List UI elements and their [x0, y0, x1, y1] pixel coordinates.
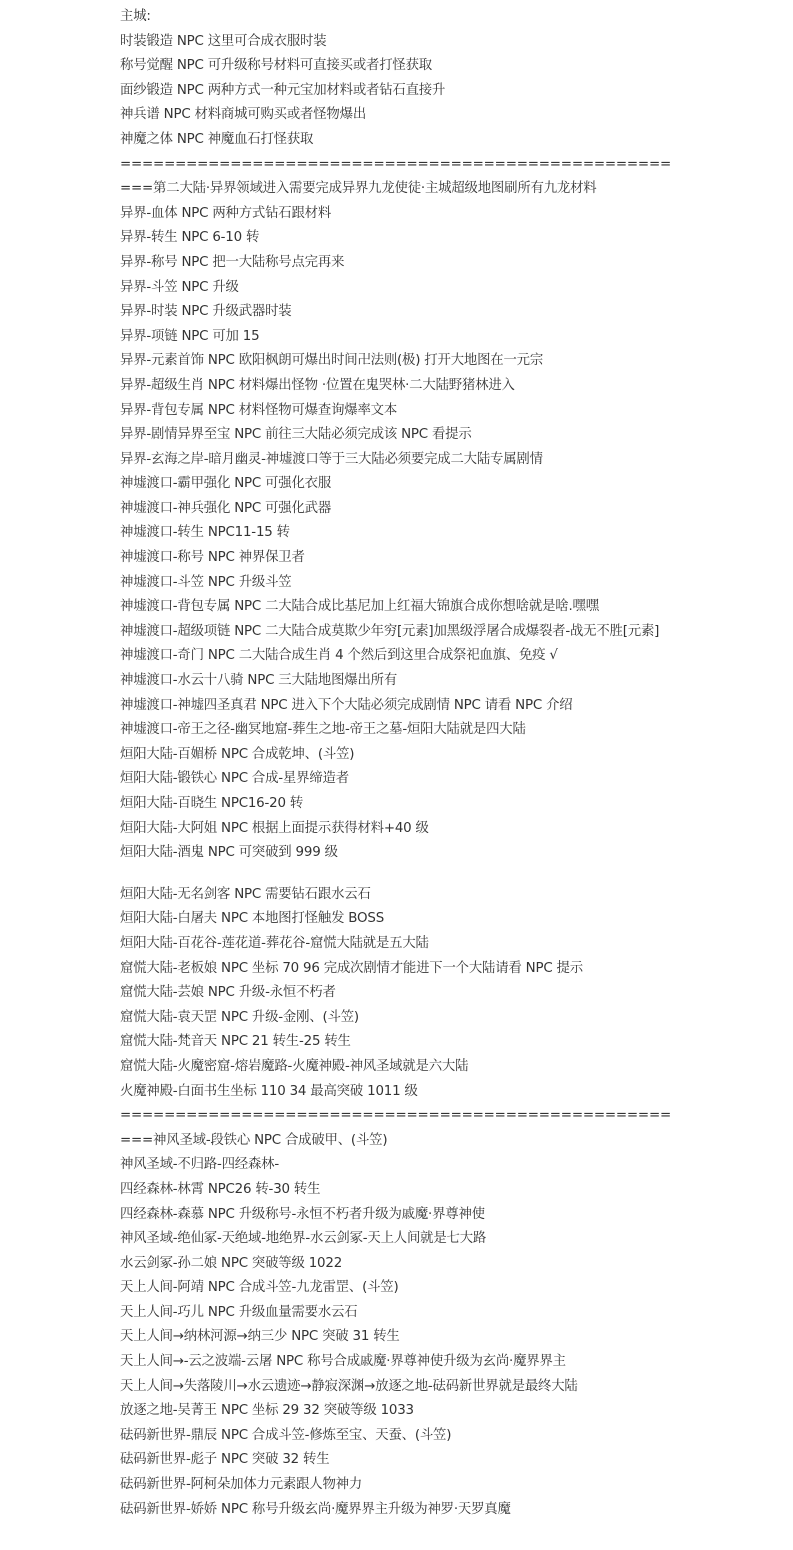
guide-line: 窟慌大陆-梵音天 NPC 21 转生-25 转生 — [120, 1030, 672, 1055]
guide-line: 异界-斗笠 NPC 升级 — [120, 276, 672, 301]
guide-line: 异界-剧情异界至宝 NPC 前往三大陆必须完成该 NPC 看提示 — [120, 423, 672, 448]
section-heading-main-city: 主城: — [120, 5, 672, 30]
guide-line: 天上人间-阿靖 NPC 合成斗笠-九龙雷罡、(斗笠) — [120, 1276, 672, 1301]
guide-line: 神墟渡口-称号 NPC 神界保卫者 — [120, 546, 672, 571]
guide-line: 窟慌大陆-袁天罡 NPC 升级-金刚、(斗笠) — [120, 1006, 672, 1031]
guide-line: 烜阳大陆-锻铁心 NPC 合成-星界缔造者 — [120, 767, 672, 792]
guide-line: 神兵谱 NPC 材料商城可购买或者怪物爆出 — [120, 103, 672, 128]
guide-line: 异界-超级生肖 NPC 材料爆出怪物 ·位置在鬼哭林·二大陆野猪林进入 — [120, 374, 672, 399]
guide-line: 神魔之体 NPC 神魔血石打怪获取 — [120, 128, 672, 153]
guide-line: 烜阳大陆-大阿姐 NPC 根据上面提示获得材料+40 级 — [120, 817, 672, 842]
guide-line: 异界-称号 NPC 把一大陆称号点完再来 — [120, 251, 672, 276]
guide-line: 四经森林-林霄 NPC26 转-30 转生 — [120, 1178, 672, 1203]
guide-line: 砝码新世界-娇娇 NPC 称号升级玄尚·魔界界主升级为神罗·天罗真魔 — [120, 1498, 672, 1523]
guide-line: 神风圣域-不归路-四经森林- — [120, 1153, 672, 1178]
guide-line: 异界-时装 NPC 升级武器时装 — [120, 300, 672, 325]
guide-line: 神墟渡口-神墟四圣真君 NPC 进入下个大陆必须完成剧情 NPC 请看 NPC … — [120, 694, 672, 719]
guide-line: 神墟渡口-转生 NPC11-15 转 — [120, 521, 672, 546]
guide-line: 神墟渡口-背包专属 NPC 二大陆合成比基尼加上红福大锦旗合成你想啥就是啥.嘿嘿 — [120, 595, 672, 620]
guide-line: 异界-转生 NPC 6-10 转 — [120, 226, 672, 251]
guide-line: 时装锻造 NPC 这里可合成衣服时装 — [120, 30, 672, 55]
guide-line: 放逐之地-吴菁王 NPC 坐标 29 32 突破等级 1033 — [120, 1399, 672, 1424]
guide-line: 天上人间→失落陵川→水云遗迹→静寂深渊→放逐之地-砝码新世界就是最终大陆 — [120, 1375, 672, 1400]
guide-line: 天上人间-巧儿 NPC 升级血量需要水云石 — [120, 1301, 672, 1326]
separator-shenfeng-domain: ========================================… — [120, 1104, 672, 1153]
guide-line: 异界-血体 NPC 两种方式钻石跟材料 — [120, 202, 672, 227]
guide-line: 窟慌大陆-老板娘 NPC 坐标 70 96 完成次剧情才能进下一个大陆请看 NP… — [120, 957, 672, 982]
guide-line: 砝码新世界-彪子 NPC 突破 32 转生 — [120, 1448, 672, 1473]
guide-line: 神墟渡口-水云十八骑 NPC 三大陆地图爆出所有 — [120, 669, 672, 694]
guide-line: 面纱锻造 NPC 两种方式一种元宝加材料或者钻石直接升 — [120, 79, 672, 104]
guide-line: 烜阳大陆-百晓生 NPC16-20 转 — [120, 792, 672, 817]
guide-line: 神墟渡口-帝王之径-幽冥地窟-葬生之地-帝王之墓-烜阳大陆就是四大陆 — [120, 718, 672, 743]
guide-line: 烜阳大陆-无名剑客 NPC 需要钻石跟水云石 — [120, 883, 672, 908]
guide-line: 窟慌大陆-火魔密窟-熔岩魔路-火魔神殿-神风圣域就是六大陆 — [120, 1055, 672, 1080]
guide-line: 称号觉醒 NPC 可升级称号材料可直接买或者打怪获取 — [120, 54, 672, 79]
guide-line: 砝码新世界-鼎辰 NPC 合成斗笠-修炼至宝、天蚕、(斗笠) — [120, 1424, 672, 1449]
guide-line: 烜阳大陆-百花谷-莲花道-葬花谷-窟慌大陆就是五大陆 — [120, 932, 672, 957]
guide-line: 天上人间→-云之波端-云屠 NPC 称号合成戚魔·界尊神使升级为玄尚·魔界界主 — [120, 1350, 672, 1375]
guide-line: 神风圣域-绝仙冢-天绝域-地绝界-水云剑冢-天上人间就是七大路 — [120, 1227, 672, 1252]
guide-line: 窟慌大陆-芸娘 NPC 升级-永恒不朽者 — [120, 981, 672, 1006]
guide-line: 火魔神殿-白面书生坐标 110 34 最高突破 1011 级 — [120, 1080, 672, 1105]
guide-line: 异界-元素首饰 NPC 欧阳枫朗可爆出时间卍法则(极) 打开大地图在一元宗 — [120, 349, 672, 374]
guide-line: 神墟渡口-神兵强化 NPC 可强化武器 — [120, 497, 672, 522]
guide-line: 烜阳大陆-百媚桥 NPC 合成乾坤、(斗笠) — [120, 743, 672, 768]
guide-line: 天上人间→纳林河源→纳三少 NPC 突破 31 转生 — [120, 1325, 672, 1350]
guide-line: 水云剑冢-孙二娘 NPC 突破等级 1022 — [120, 1252, 672, 1277]
guide-line: 异界-玄海之岸-暗月幽灵-神墟渡口等于三大陆必须要完成二大陆专属剧情 — [120, 448, 672, 473]
guide-line: 烜阳大陆-酒鬼 NPC 可突破到 999 级 — [120, 841, 672, 866]
guide-line: 异界-背包专属 NPC 材料怪物可爆查询爆率文本 — [120, 399, 672, 424]
guide-line: 烜阳大陆-白屠夫 NPC 本地图打怪触发 BOSS — [120, 907, 672, 932]
guide-line: 神墟渡口-超级项链 NPC 二大陆合成莫欺少年穷[元素]加黑级浮屠合成爆裂者-战… — [120, 620, 672, 645]
guide-line: 四经森林-森慕 NPC 升级称号-永恒不朽者升级为戚魔·界尊神使 — [120, 1203, 672, 1228]
guide-line: 神墟渡口-奇门 NPC 二大陆合成生肖 4 个然后到这里合成祭祀血旗、免疫 √ — [120, 644, 672, 669]
guide-line: 异界-项链 NPC 可加 15 — [120, 325, 672, 350]
separator-second-continent: ========================================… — [120, 153, 672, 202]
game-guide-document: 主城: 时装锻造 NPC 这里可合成衣服时装 称号觉醒 NPC 可升级称号材料可… — [120, 5, 672, 1522]
paragraph-gap — [120, 866, 672, 883]
guide-line: 神墟渡口-斗笠 NPC 升级斗笠 — [120, 571, 672, 596]
guide-line: 砝码新世界-阿柯朵加体力元素跟人物神力 — [120, 1473, 672, 1498]
guide-line: 神墟渡口-霸甲强化 NPC 可强化衣服 — [120, 472, 672, 497]
